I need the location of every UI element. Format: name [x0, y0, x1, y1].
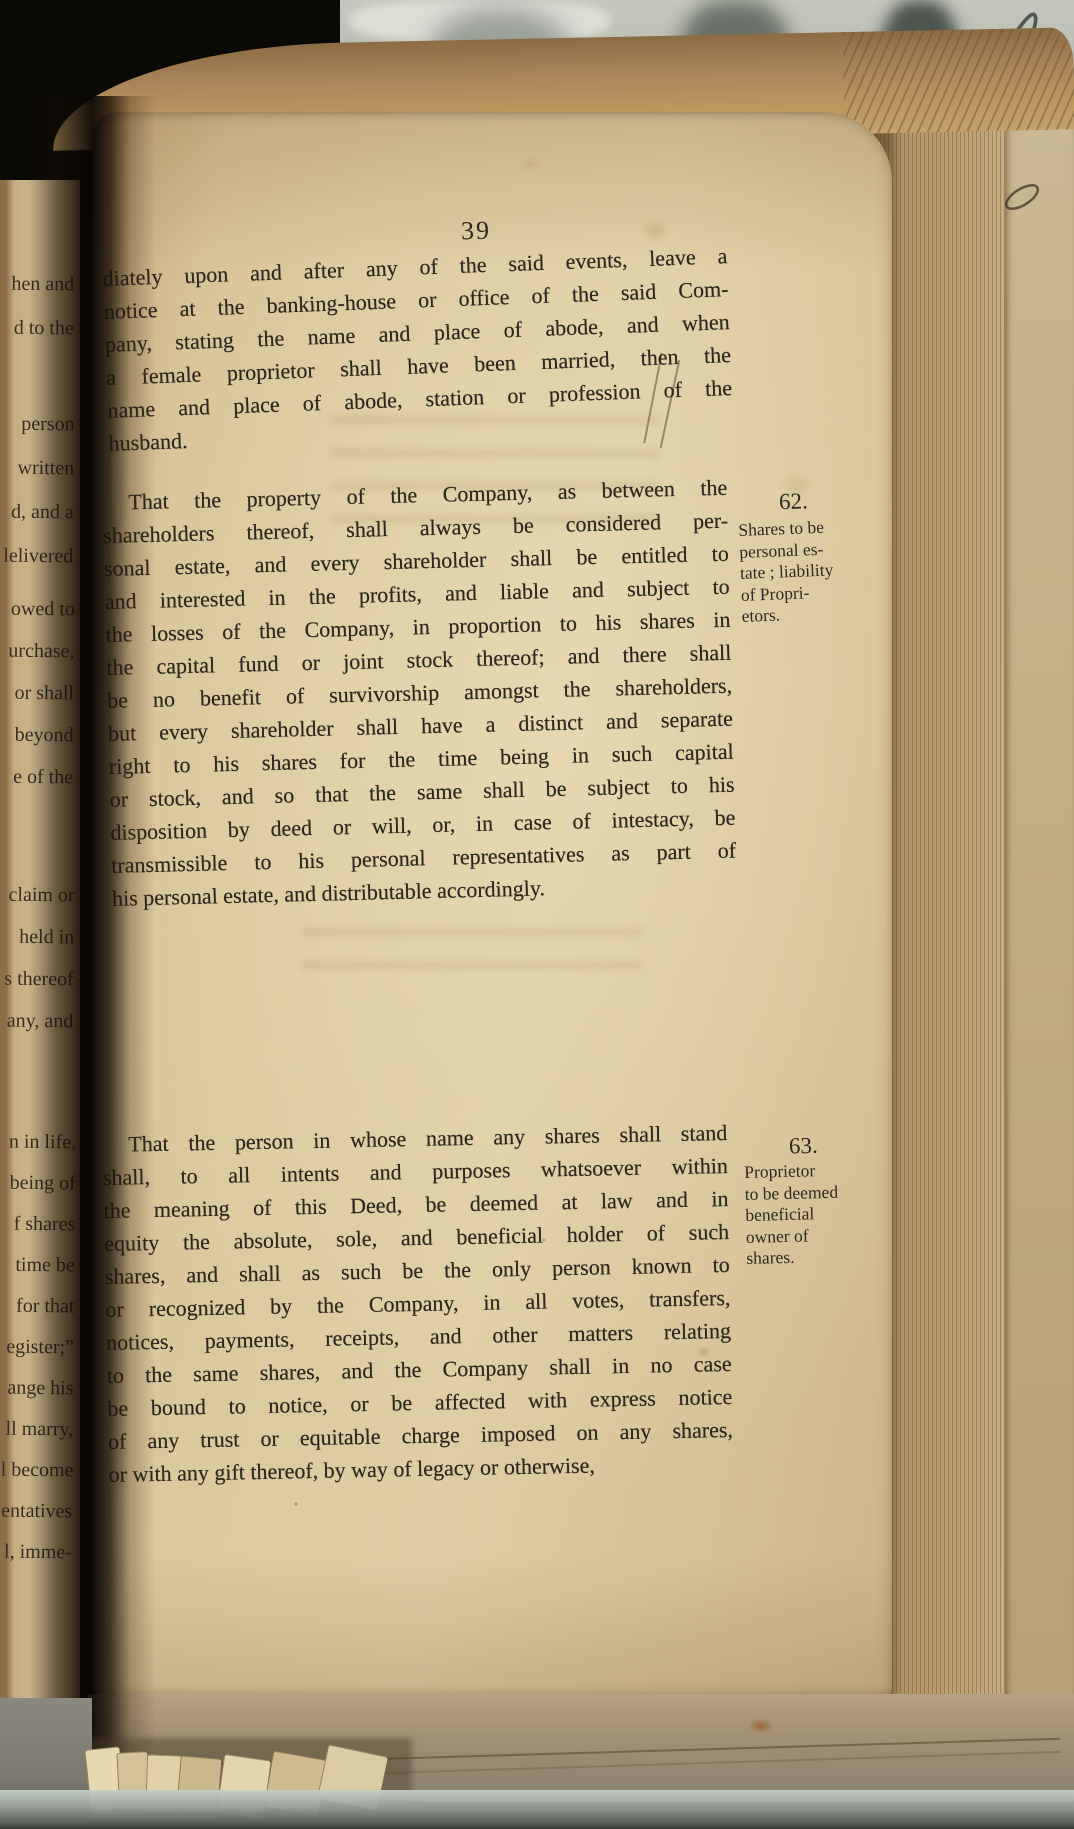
facing-text-fragments: personwrittend, and alelivered [1, 402, 75, 579]
margin-note-line: shares. [746, 1244, 898, 1269]
facing-text-line: ange his [1, 1368, 73, 1410]
facing-text-line: n in life, [4, 1122, 76, 1164]
facing-text-fragments: hen andd to the [2, 262, 75, 351]
facing-text-line: or shall [2, 672, 74, 715]
facing-text-line: person [2, 402, 74, 447]
scanned-book-photo: hen andd to the personwrittend, and alel… [0, 0, 1074, 1829]
facing-text-line: owed to [3, 588, 75, 631]
facing-text-line: e of the [1, 756, 73, 799]
facing-text-line: urchase, [2, 630, 74, 673]
facing-text-line: l, imme- [0, 1532, 72, 1574]
facing-text-line: s thereof [2, 958, 74, 1001]
facing-text-line: written [2, 446, 74, 491]
table-surface [0, 1790, 1074, 1829]
facing-text-fragments: owed tourchase,or shallbeyonde of the [1, 588, 75, 799]
facing-text-line: lelivered [1, 534, 73, 579]
book-fore-edge-pages [872, 96, 1074, 1764]
facing-text-line: held in [2, 916, 74, 959]
facing-page-sliver: hen andd to the personwrittend, and alel… [0, 180, 80, 1752]
facing-text-fragments: n in life,being off sharestime befor tha… [0, 1122, 76, 1574]
clause-63-margin-note: Proprietorto be deemedbeneficialowner of… [744, 1158, 899, 1269]
paragraph-continuation: diately upon and after any of the said e… [102, 239, 734, 460]
clause-62-paragraph: That the property of the Company, as bet… [102, 471, 737, 915]
facing-text-line: being of [4, 1163, 76, 1205]
fore-edge-outer-band [1005, 96, 1074, 1764]
facing-text-line: entatives [0, 1491, 72, 1533]
facing-text-line: d to the [2, 306, 74, 351]
page-number: 39 [436, 215, 517, 247]
facing-text-line: claim or [2, 874, 74, 917]
facing-text-line: time be [3, 1245, 75, 1287]
clause-63-paragraph: That the person in whose name any shares… [102, 1116, 734, 1491]
facing-text-fragments: claim orheld ins thereofany, and [1, 874, 75, 1043]
rust-stain [748, 1718, 774, 1734]
clause-62-number: 62. [758, 488, 829, 516]
ink-showthrough [302, 918, 642, 970]
clause-63-number: 63. [768, 1132, 839, 1160]
facing-text-line: f shares [3, 1204, 75, 1246]
book-page: 39 diately upon and after any of the sai… [92, 112, 892, 1697]
facing-text-line: l become [0, 1450, 72, 1492]
facing-text-line: beyond [1, 714, 73, 757]
clause-62-margin-note: Shares to bepersonal es-tate ; liability… [738, 514, 894, 627]
facing-text-line: for that [2, 1286, 74, 1328]
facing-text-line: d, and a [2, 490, 74, 535]
facing-text-line: hen and [2, 262, 74, 307]
facing-text-line: ll marry, [1, 1409, 73, 1451]
margin-note-line: etors. [741, 600, 894, 627]
facing-text-line: egister;” [2, 1327, 74, 1369]
facing-text-line: any, and [1, 1000, 73, 1043]
